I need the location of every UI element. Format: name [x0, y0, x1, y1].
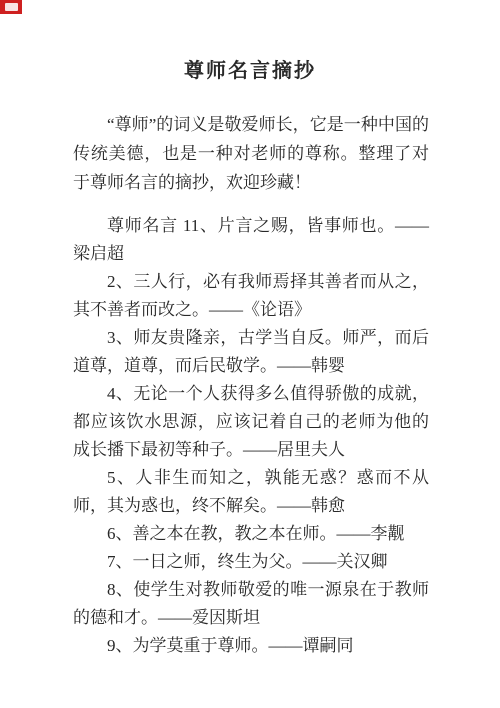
quote-line-5: 5、人非生而知之，孰能无惑？惑而不从师，其为惑也，终不解矣。——韩愈: [73, 464, 429, 520]
quote-line-8: 8、使学生对教师敬爱的唯一源泉在于教师的德和才。——爱因斯坦: [73, 576, 429, 632]
quote-line-2: 2、三人行，必有我师焉择其善者而从之，其不善者而改之。——《论语》: [73, 268, 429, 324]
paragraph-gap: [73, 197, 429, 212]
badge-glyph-icon: [5, 3, 18, 11]
quote-line-1: 尊师名言 11、片言之赐，皆事师也。——梁启超: [73, 212, 429, 268]
document-body: “尊师”的词义是敬爱师长，它是一种中国的传统美德，也是一种对老师的尊称。整理了对…: [73, 110, 429, 660]
quote-line-4: 4、无论一个人获得多么值得骄傲的成就，都应该饮水思源，应该记着自己的老师为他的成…: [73, 380, 429, 464]
intro-paragraph: “尊师”的词义是敬爱师长，它是一种中国的传统美德，也是一种对老师的尊称。整理了对…: [73, 110, 429, 197]
page-title: 尊师名言摘抄: [0, 0, 500, 84]
document-page: 尊师名言摘抄 “尊师”的词义是敬爱师长，它是一种中国的传统美德，也是一种对老师的…: [0, 0, 500, 708]
quote-line-3: 3、师友贵隆亲，古学当自反。师严，而后道尊，道尊，而后民敬学。——韩婴: [73, 324, 429, 380]
quote-line-7: 7、一日之师，终生为父。——关汉卿: [73, 548, 429, 576]
corner-badge: [0, 0, 22, 14]
quote-line-6: 6、善之本在教，教之本在师。——李觏: [73, 520, 429, 548]
quote-line-9: 9、为学莫重于尊师。——谭嗣同: [73, 632, 429, 660]
